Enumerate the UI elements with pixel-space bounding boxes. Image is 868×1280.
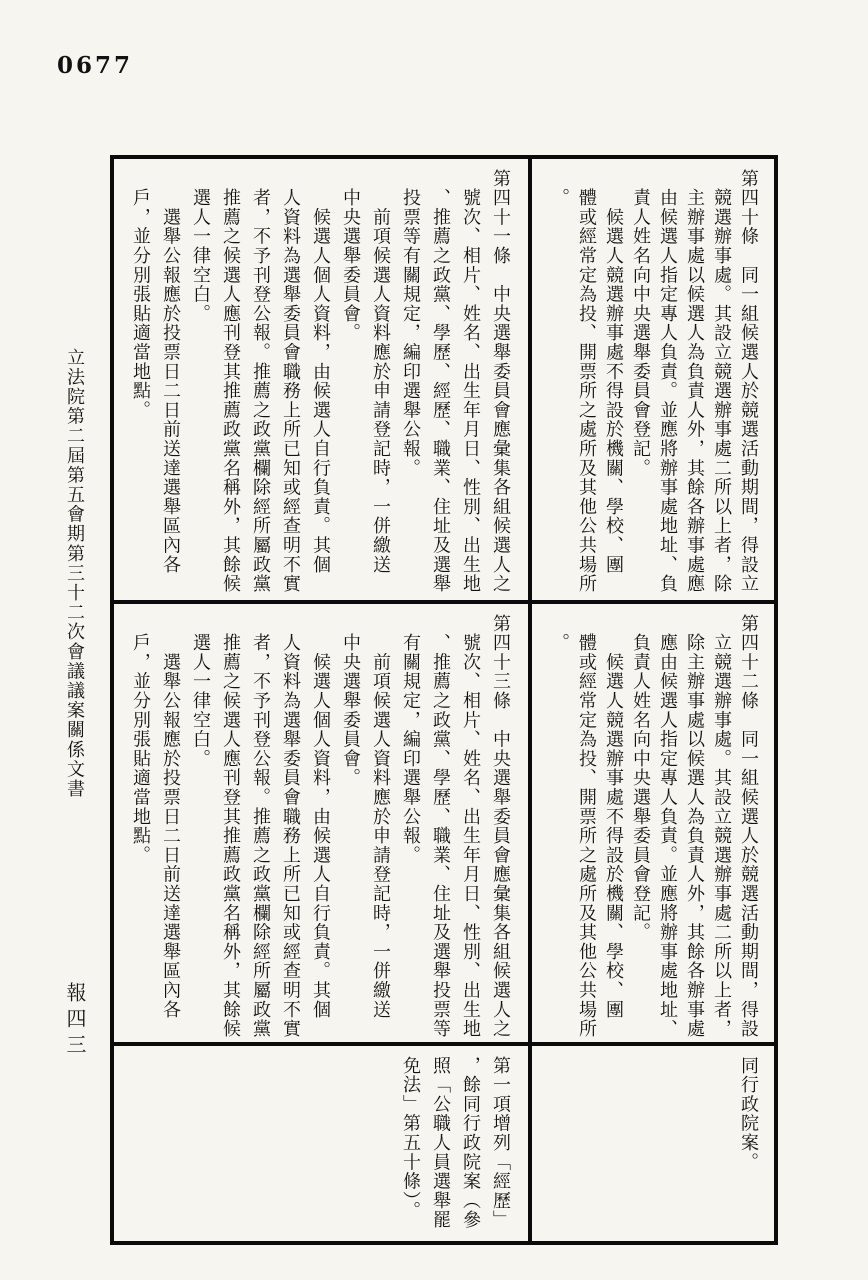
text-column: 選舉公報應於投票日二日前送達選舉區內各	[156, 169, 186, 590]
text-column: 第四十二條 同一組候選人於競選活動期間，得設	[735, 614, 762, 1032]
text-column: 體或經常定為投、開票所之處所及其他公共場所	[573, 169, 600, 590]
text-column: 第四十一條 中央選舉委員會應彙集各組候選人之	[486, 169, 516, 590]
text-column: 候選人個人資料，由候選人自行負責。其個	[306, 169, 336, 590]
text-column: 主辦事處以候選人為負責人外，其餘各辦事處應	[681, 169, 708, 590]
text-column: 號次、相片、姓名、出生年月日、性別、出生地	[456, 169, 486, 590]
cell-article-40: 第四十條 同一組候選人於競選活動期間，得設立 競選辦事處。其設立競選辦事處二所以…	[532, 159, 774, 600]
text-column: 第四十條 同一組候選人於競選活動期間，得設立	[735, 169, 762, 590]
text-column: 第四十三條 中央選舉委員會應彙集各組候選人之	[486, 614, 516, 1032]
text-column: 由候選人指定專人負責。並應將辦事處地址、負	[654, 169, 681, 590]
text-column: 推薦之候選人應刊登其推薦政黨名稱外，其餘候	[216, 614, 246, 1032]
comparison-table: 第四十條 同一組候選人於競選活動期間，得設立 競選辦事處。其設立競選辦事處二所以…	[110, 155, 778, 1245]
text-column: 人資料為選舉委員會職務上所已知或經查明不實	[276, 169, 306, 590]
text-column: 除主辦事處以候選人為負責人外，其餘各辦事處	[681, 614, 708, 1032]
cell-note-right: 同行政院案。	[532, 1046, 774, 1241]
text-column: 中央選舉委員會。	[336, 169, 366, 590]
text-column: 照「公職人員選舉罷	[426, 1056, 456, 1231]
scanned-document-page: 0677 立法院第二屆第五會期第三十二次會議議案關係文書 報四三 第四十條 同一…	[0, 0, 868, 1280]
text-column: 戶，並分別張貼適當地點。	[126, 614, 156, 1032]
text-column: 選舉公報應於投票日二日前送達選舉區內各	[156, 614, 186, 1032]
cell-article-41: 第四十一條 中央選舉委員會應彙集各組候選人之 號次、相片、姓名、出生年月日、性別…	[114, 159, 528, 600]
text-column: ，餘同行政院案（參	[456, 1056, 486, 1231]
text-column: 免法」第五十條）。	[396, 1056, 426, 1231]
text-column: 者，不予刊登公報。推薦之政黨欄除經所屬政黨	[246, 614, 276, 1032]
text-column: 選人一律空白。	[186, 169, 216, 590]
text-column: 中央選舉委員會。	[336, 614, 366, 1032]
text-column: 第一項增列「經歷」	[486, 1056, 516, 1231]
text-column: 責人姓名向中央選舉委員會登記。	[627, 169, 654, 590]
text-column: 應由候選人指定專人負責。並應將辦事處地址、	[654, 614, 681, 1032]
text-column: 前項候選人資料應於申請登記時，一併繳送	[366, 614, 396, 1032]
left-margin-folio: 報四三	[60, 982, 89, 1060]
cell-article-43: 第四十三條 中央選舉委員會應彙集各組候選人之 號次、相片、姓名、出生年月日、性別…	[114, 604, 528, 1042]
text-column: 有關規定，編印選舉公報。	[396, 614, 426, 1032]
text-column: 體或經常定為投、開票所之處所及其他公共場所	[573, 614, 600, 1032]
text-column: 同行政院案。	[735, 1056, 762, 1231]
text-column: 、推薦之政黨、學歷、職業、住址及選舉投票等	[426, 614, 456, 1032]
text-column: 候選人競選辦事處不得設於機關、學校、團	[600, 169, 627, 590]
text-column: 。	[546, 169, 573, 590]
cell-article-42: 第四十二條 同一組候選人於競選活動期間，得設 立競選辦事處。其設立競選辦事處二所…	[532, 604, 774, 1042]
text-column: 負責人姓名向中央選舉委員會登記。	[627, 614, 654, 1032]
text-column: 投票等有關規定，編印選舉公報。	[396, 169, 426, 590]
text-column: 戶，並分別張貼適當地點。	[126, 169, 156, 590]
page-number: 0677	[57, 52, 133, 79]
text-column: 候選人競選辦事處不得設於機關、學校、團	[600, 614, 627, 1032]
text-column: 推薦之候選人應刊登其推薦政黨名稱外，其餘候	[216, 169, 246, 590]
text-column: 前項候選人資料應於申請登記時，一併繳送	[366, 169, 396, 590]
text-column: 立競選辦事處。其設立競選辦事處二所以上者，	[708, 614, 735, 1032]
text-column: 候選人個人資料，由候選人自行負責。其個	[306, 614, 336, 1032]
left-margin-caption: 立法院第二屆第五會期第三十二次會議議案關係文書	[62, 348, 88, 818]
text-column: 。	[546, 614, 573, 1032]
text-column: 人資料為選舉委員會職務上所已知或經查明不實	[276, 614, 306, 1032]
text-column: 競選辦事處。其設立競選辦事處二所以上者，除	[708, 169, 735, 590]
text-column: 選人一律空白。	[186, 614, 216, 1032]
text-column: 者，不予刊登公報。推薦之政黨欄除經所屬政黨	[246, 169, 276, 590]
cell-note-left: 第一項增列「經歷」，餘同行政院案（參照「公職人員選舉罷免法」第五十條）。	[114, 1046, 528, 1241]
text-column: 號次、相片、姓名、出生年月日、性別、出生地	[456, 614, 486, 1032]
text-column: 、推薦之政黨、學歷、經歷、職業、住址及選舉	[426, 169, 456, 590]
